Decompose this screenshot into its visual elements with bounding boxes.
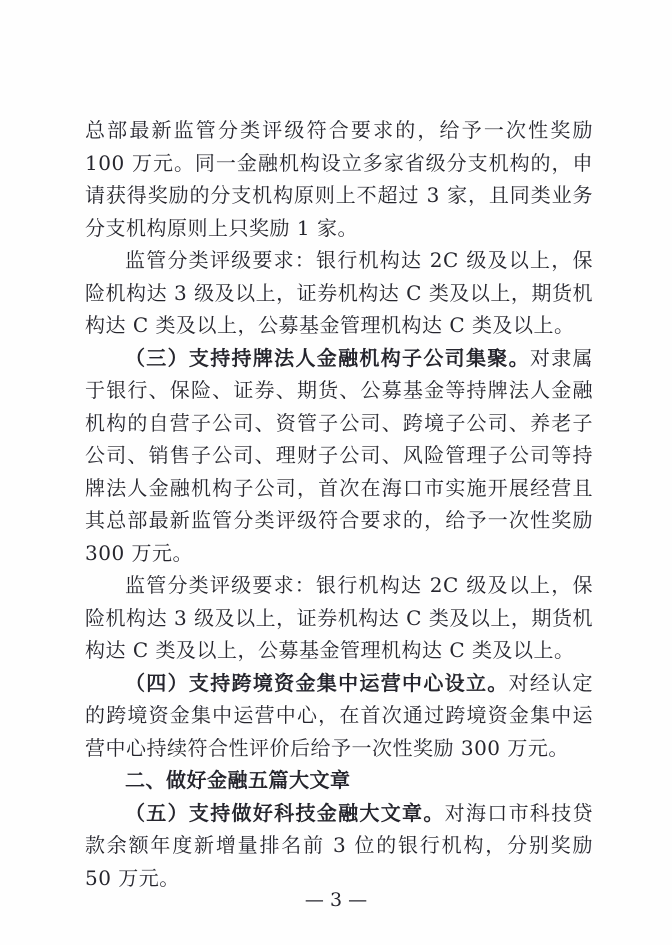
- paragraph-5: （四）支持跨境资金集中运营中心设立。对经认定的跨境资金集中运营中心，在首次通过跨…: [85, 667, 593, 765]
- paragraph-3: （三）支持持牌法人金融机构子公司集聚。对隶属于银行、保险、证券、期货、公募基金等…: [85, 342, 593, 570]
- paragraph-2: 监管分类评级要求：银行机构达 2C 级及以上，保险机构达 3 级及以上，证券机构…: [85, 244, 593, 342]
- page-number: — 3 —: [0, 888, 672, 912]
- document-page: 总部最新监管分类评级符合要求的，给予一次性奖励 100 万元。同一金融机构设立多…: [0, 0, 672, 945]
- text-segment: 监管分类评级要求：银行机构达 2C 级及以上，保险机构达 3 级及以上，证券机构…: [85, 573, 593, 662]
- text-segment: （三）支持持牌法人金融机构子公司集聚。: [125, 346, 530, 370]
- paragraph-7: （五）支持做好科技金融大文章。对海口市科技贷款余额年度新增量排名前 3 位的银行…: [85, 797, 593, 895]
- text-segment: 总部最新监管分类评级符合要求的，给予一次性奖励 100 万元。同一金融机构设立多…: [85, 118, 593, 240]
- document-body: 总部最新监管分类评级符合要求的，给予一次性奖励 100 万元。同一金融机构设立多…: [85, 114, 593, 894]
- text-segment: 对隶属于银行、保险、证券、期货、公募基金等持牌法人金融机构的自营子公司、资管子公…: [85, 346, 593, 565]
- text-segment: 二、做好金融五篇大文章: [125, 768, 351, 792]
- text-segment: （五）支持做好科技金融大文章。: [125, 801, 445, 825]
- paragraph-1: 总部最新监管分类评级符合要求的，给予一次性奖励 100 万元。同一金融机构设立多…: [85, 114, 593, 244]
- section-heading: 二、做好金融五篇大文章: [85, 764, 593, 797]
- paragraph-4: 监管分类评级要求：银行机构达 2C 级及以上，保险机构达 3 级及以上，证券机构…: [85, 569, 593, 667]
- text-segment: 监管分类评级要求：银行机构达 2C 级及以上，保险机构达 3 级及以上，证券机构…: [85, 248, 593, 337]
- text-segment: （四）支持跨境资金集中运营中心设立。: [125, 671, 509, 695]
